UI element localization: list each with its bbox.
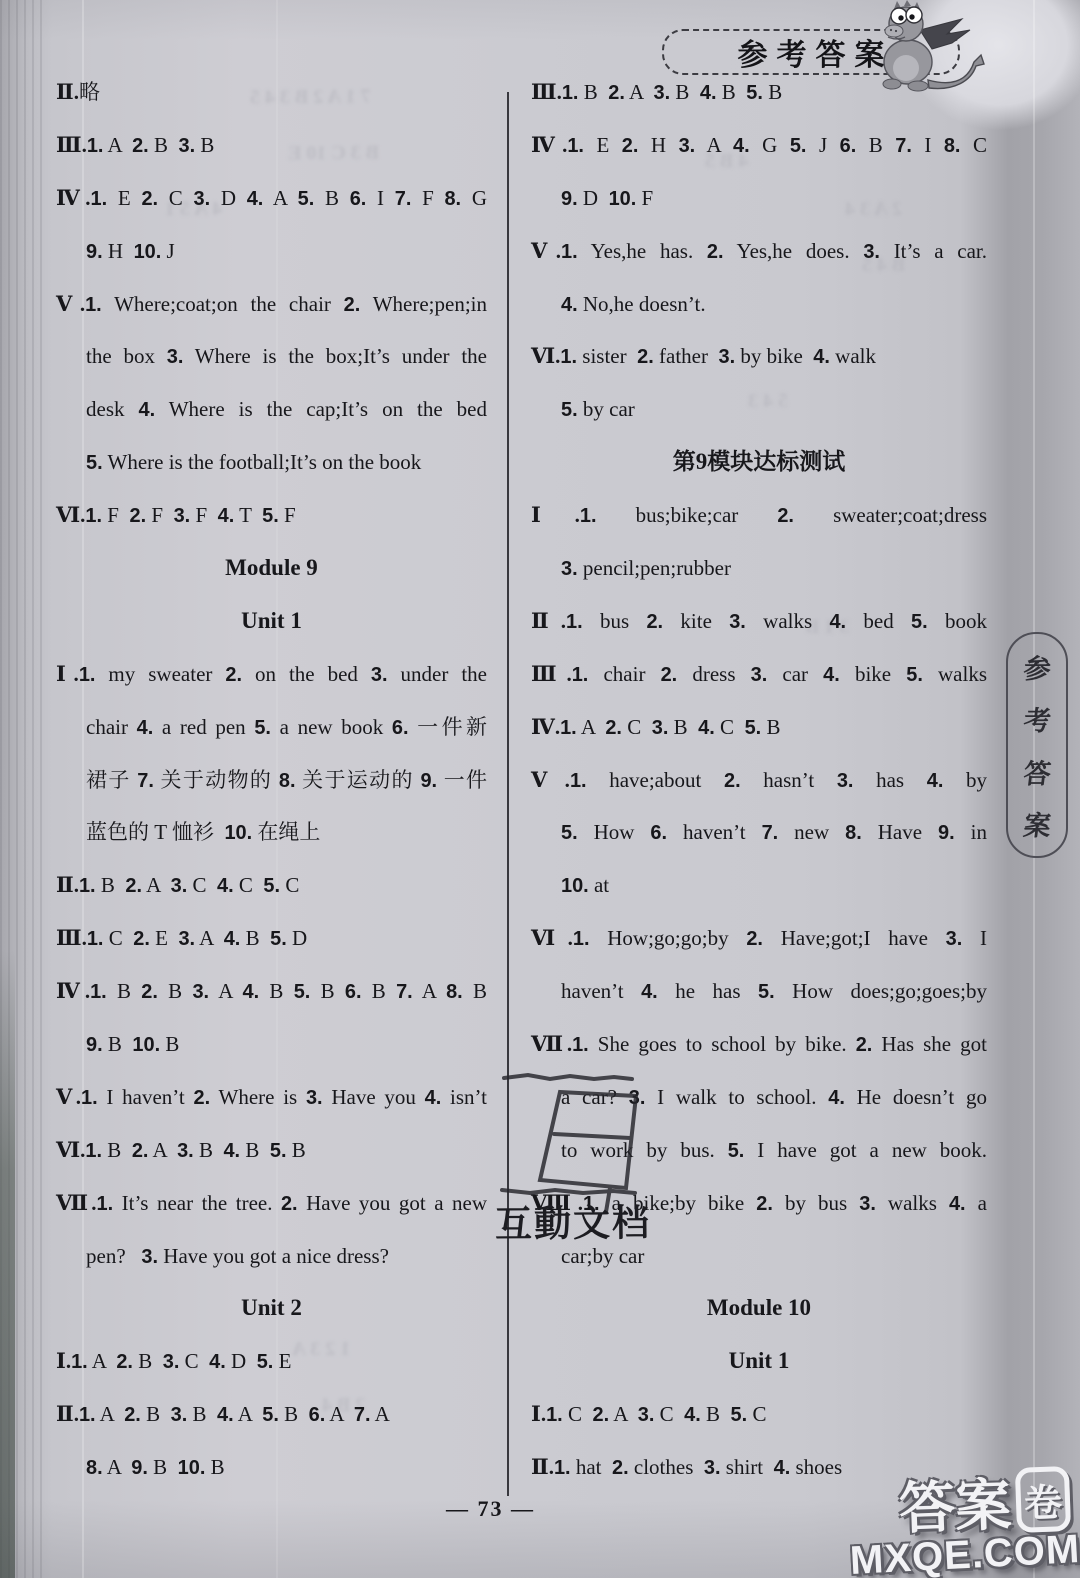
section-heading: Unit 2	[56, 1282, 487, 1335]
answer-line: 9. B 10. B	[56, 1018, 487, 1071]
section-heading: 第9模块达标测试	[531, 436, 987, 489]
side-tab-char: 考	[1021, 699, 1053, 738]
answer-line: pen? 3. Have you got a nice dress?	[56, 1230, 487, 1283]
brand-circled-char: 卷	[1015, 1466, 1071, 1533]
answers-column-left: Ⅱ.略Ⅲ.1. A 2. B 3. BⅣ.1. E 2. C 3. D 4. A…	[56, 66, 487, 1494]
answer-line: Ⅰ.1. C 2. A 3. C 4. B 5. C	[531, 1388, 987, 1441]
section-heading: Unit 1	[56, 595, 487, 648]
answer-line: haven’t 4. he has 5. How does;go;goes;by	[531, 965, 987, 1018]
answer-line: 蓝色的 T 恤衫 10. 在绳上	[56, 806, 487, 859]
answer-line: Ⅴ.1. have;about 2. hasn’t 3. has 4. by	[531, 754, 987, 807]
answer-line: desk 4. Where is the cap;It’s on the bed	[56, 383, 487, 436]
answer-line: Ⅶ.1. It’s near the tree. 2. Have you got…	[56, 1177, 487, 1230]
answer-line: Ⅱ.略	[56, 66, 487, 119]
answer-line: 5. by car	[531, 383, 987, 436]
answer-line: Ⅰ.1. bus;bike;car 2. sweater;coat;dress	[531, 489, 987, 542]
answer-line: Ⅵ.1. F 2. F 3. F 4. T 5. F	[56, 489, 487, 542]
side-tab-char: 参	[1021, 647, 1053, 686]
answer-line: Ⅳ.1. E 2. C 3. D 4. A 5. B 6. I 7. F 8. …	[56, 172, 487, 225]
answer-line: 裙子 7. 关于动物的 8. 关于运动的 9. 一件	[56, 754, 487, 807]
answer-line: Ⅵ.1. How;go;go;by 2. Have;got;I have 3. …	[531, 912, 987, 965]
answer-line: 9. D 10. F	[531, 172, 987, 225]
answer-line: 3. pencil;pen;rubber	[531, 542, 987, 595]
answer-line: Ⅰ.1. A 2. B 3. C 4. D 5. E	[56, 1335, 487, 1388]
page-number: — 73 —	[418, 1496, 563, 1522]
answer-line: Ⅳ.1. E 2. H 3. A 4. G 5. J 6. B 7. I 8. …	[531, 119, 987, 172]
answer-line: Ⅳ.1. B 2. B 3. A 4. B 5. B 6. B 7. A 8. …	[56, 965, 487, 1018]
answer-line: 5. Where is the football;It’s on the boo…	[56, 436, 487, 489]
answer-line: Ⅲ.1. chair 2. dress 3. car 4. bike 5. wa…	[531, 648, 987, 701]
spine-dark-streak	[0, 950, 15, 1578]
answer-line: 9. H 10. J	[56, 225, 487, 278]
column-divider	[507, 92, 509, 1496]
answer-line: Ⅱ.1. B 2. A 3. C 4. C 5. C	[56, 859, 487, 912]
answer-line: Ⅳ.1. A 2. C 3. B 4. C 5. B	[531, 701, 987, 754]
doodle-stamp-icon	[498, 1062, 650, 1214]
scanned-answer-page: 参考答案 参 考 答 案 Ⅱ.略Ⅲ.1. A 2. B 3. BⅣ.1. E 2…	[0, 0, 1080, 1578]
answer-line: Ⅰ.1. my sweater 2. on the bed 3. under t…	[56, 648, 487, 701]
section-heading: Module 10	[531, 1282, 987, 1335]
answer-line: Ⅴ.1. Where;coat;on the chair 2. Where;pe…	[56, 278, 487, 331]
answer-line: Ⅱ.1. A 2. B 3. B 4. A 5. B 6. A 7. A	[56, 1388, 487, 1441]
answer-line: Ⅱ.1. bus 2. kite 3. walks 4. bed 5. book	[531, 595, 987, 648]
brand-domain: MXQE.COM	[849, 1527, 1080, 1578]
stamp-watermark: 互動文档	[495, 1192, 652, 1248]
answer-line: Ⅲ.1. C 2. E 3. A 4. B 5. D	[56, 912, 487, 965]
side-tab-char: 答	[1021, 752, 1053, 791]
section-heading: Module 9	[56, 542, 487, 595]
answer-line: Ⅵ.1. sister 2. father 3. by bike 4. walk	[531, 330, 987, 383]
side-tab: 参 考 答 案	[1006, 632, 1068, 858]
answer-line: Ⅲ.1. A 2. B 3. B	[56, 119, 487, 172]
brand-watermark: 答案卷 MXQE.COM	[850, 1466, 1080, 1578]
dragon-mascot-icon	[868, 0, 988, 95]
section-heading: Unit 1	[531, 1335, 987, 1388]
answer-line: Ⅴ.1. Yes,he has. 2. Yes,he does. 3. It’s…	[531, 225, 987, 278]
answer-line: 4. No,he doesn’t.	[531, 278, 987, 331]
answer-line: the box 3. Where is the box;It’s under t…	[56, 330, 487, 383]
answer-line: Ⅴ.1. I haven’t 2. Where is 3. Have you 4…	[56, 1071, 487, 1124]
answer-line: 8. A 9. B 10. B	[56, 1441, 487, 1494]
answer-line: Ⅵ.1. B 2. A 3. B 4. B 5. B	[56, 1124, 487, 1177]
answer-line: 5. How 6. haven’t 7. new 8. Have 9. in	[531, 806, 987, 859]
answer-line: 10. at	[531, 859, 987, 912]
brand-name-text: 答案	[898, 1473, 1012, 1540]
answer-line: chair 4. a red pen 5. a new book 6. 一件新	[56, 701, 487, 754]
answers-column-right: Ⅲ.1. B 2. A 3. B 4. B 5. BⅣ.1. E 2. H 3.…	[531, 66, 987, 1494]
side-tab-char: 案	[1021, 804, 1053, 843]
